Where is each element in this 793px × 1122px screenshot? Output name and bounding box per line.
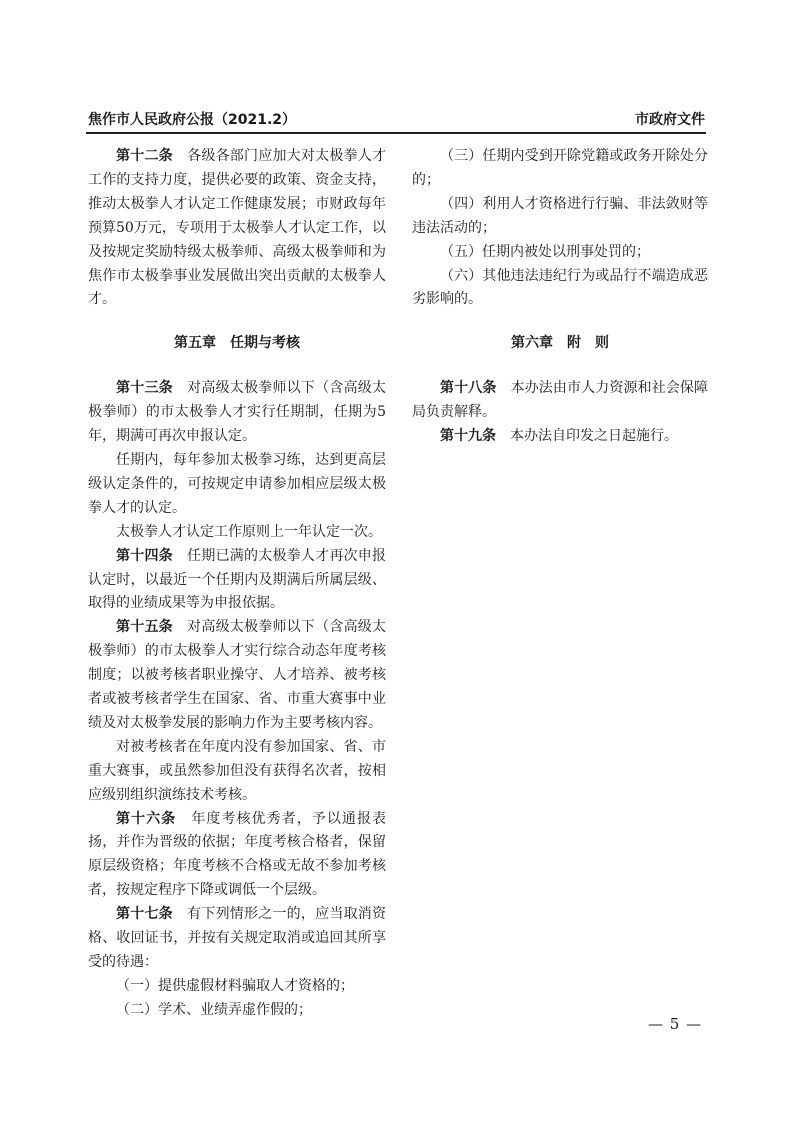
list-item: （三）任期内受到开除党籍或政务开除处分的；	[412, 145, 708, 193]
publication-title: 焦作市人民政府公报（2021.2）	[88, 110, 296, 130]
list-item: （六）其他违法违纪行为或品行不端造成恶劣影响的。	[412, 265, 708, 313]
article-15: 第十五条 对高级太极拳师以下（含高级太极拳师）的市太极拳人才实行综合动态年度考核…	[88, 616, 386, 736]
paragraph: 对被考核者在年度内没有参加国家、省、市重大赛事，或虽然参加但没有获得名次者，按相…	[88, 736, 386, 808]
chapter-heading: 第五章 任期与考核	[88, 332, 386, 356]
article-label: 第十六条	[116, 811, 176, 827]
article-label: 第十二条	[116, 148, 173, 164]
section-label: 市政府文件	[635, 110, 705, 130]
article-text: 各级各部门应加大对太极拳人才工作的支持力度，提供必要的政策、资金支持，推动太极拳…	[88, 148, 386, 307]
list-item: （二）学术、业绩弄虚作假的；	[88, 999, 386, 1023]
list-item: （五）任期内被处以刑事处罚的；	[412, 241, 708, 265]
header-rule	[86, 132, 706, 134]
article-text: 本办法自印发之日起施行。	[510, 428, 678, 444]
paragraph: 太极拳人才认定工作原则上一年认定一次。	[88, 521, 386, 545]
left-column: 第十二条 各级各部门应加大对太极拳人才工作的支持力度，提供必要的政策、资金支持，…	[88, 145, 386, 1023]
list-item: （四）利用人才资格进行行骗、非法敛财等违法活动的；	[412, 193, 708, 241]
chapter-heading: 第六章 附 则	[412, 332, 708, 356]
article-label: 第十四条	[116, 548, 173, 564]
running-header: 焦作市人民政府公报（2021.2） 市政府文件	[88, 110, 705, 134]
article-label: 第十三条	[116, 380, 173, 396]
right-column: （三）任期内受到开除党籍或政务开除处分的； （四）利用人才资格进行行骗、非法敛财…	[412, 145, 708, 449]
page-number: — 5 —	[648, 1015, 702, 1033]
article-18: 第十八条 本办法由市人力资源和社会保障局负责解释。	[412, 377, 708, 425]
article-19: 第十九条 本办法自印发之日起施行。	[412, 425, 708, 449]
article-label: 第十八条	[440, 380, 496, 396]
paragraph: 任期内，每年参加太极拳习练，达到更高层级认定条件的，可按规定申请参加相应层级太极…	[88, 449, 386, 521]
article-14: 第十四条 任期已满的太极拳人才再次申报认定时，以最近一个任期内及期满后所属层级、…	[88, 545, 386, 617]
list-item: （一）提供虚假材料骗取人才资格的；	[88, 975, 386, 999]
article-label: 第十七条	[116, 906, 173, 922]
article-16: 第十六条 年度考核优秀者，予以通报表扬，并作为晋级的依据；年度考核合格者，保留原…	[88, 808, 386, 904]
article-12: 第十二条 各级各部门应加大对太极拳人才工作的支持力度，提供必要的政策、资金支持，…	[88, 145, 386, 312]
article-label: 第十九条	[440, 428, 496, 444]
article-text: 对高级太极拳师以下（含高级太极拳师）的市太极拳人才实行综合动态年度考核制度；以被…	[88, 619, 386, 731]
article-13: 第十三条 对高级太极拳师以下（含高级太极拳师）的市太极拳人才实行任期制，任期为5…	[88, 377, 386, 449]
article-label: 第十五条	[116, 619, 173, 635]
article-17: 第十七条 有下列情形之一的，应当取消资格、收回证书，并按有关规定取消或追回其所享…	[88, 903, 386, 975]
